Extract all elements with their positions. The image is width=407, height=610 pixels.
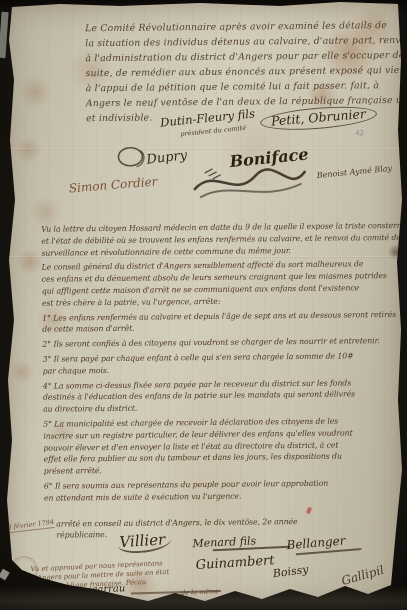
signature-member: Boniface — [229, 144, 310, 171]
backing-sliver — [0, 12, 9, 58]
photograph-background: Le Comité Révolutionnaire après avoir ex… — [0, 0, 407, 610]
article-4: 4° La somme ci-dessus fixée sera payée p… — [43, 376, 407, 415]
intro-paragraph: Vu la lettre du citoyen Hossard médecin … — [41, 220, 407, 259]
article-5: 5° La municipalité est chargée de recevo… — [43, 415, 407, 478]
approval-side-note: de la même — [181, 587, 219, 597]
signature-council: Boissy — [272, 563, 309, 581]
article-6: 6° Il sera soumis aux représentans du pe… — [44, 477, 407, 505]
decree-body: Vu la lettre du citoyen Hossard médecin … — [41, 220, 407, 545]
handwritten-line: 2° Ils seront confiés à des citoyens qui… — [42, 335, 407, 351]
manuscript-page: Le Comité Révolutionnaire après avoir ex… — [0, 0, 407, 610]
signature-council: Villier — [117, 530, 172, 554]
signature-member: Benoist Aymé Blay — [316, 164, 392, 180]
signature-member: Dupry — [146, 148, 188, 168]
signature-council: Menard fils — [192, 534, 256, 550]
article-2: 2° Ils seront confiés à des citoyens qui… — [42, 335, 407, 351]
article-3: 3° Il sera payé par chaque enfant à cell… — [43, 350, 407, 378]
signature-council: Gallipil — [340, 563, 386, 588]
manuscript-content: Le Comité Révolutionnaire après avoir ex… — [0, 0, 407, 610]
preamble-paragraph: Le conseil général du district d'Angers … — [42, 258, 407, 309]
archive-page-number: 42 — [355, 129, 364, 137]
signature-council: Guinambert — [195, 553, 275, 573]
signature-representative: garrau — [91, 583, 126, 596]
signature-member: Simon Cordier — [68, 174, 158, 195]
backing-speck — [0, 569, 10, 581]
article-1: 1° Les enfans renfermés au calvaire et d… — [42, 308, 407, 336]
